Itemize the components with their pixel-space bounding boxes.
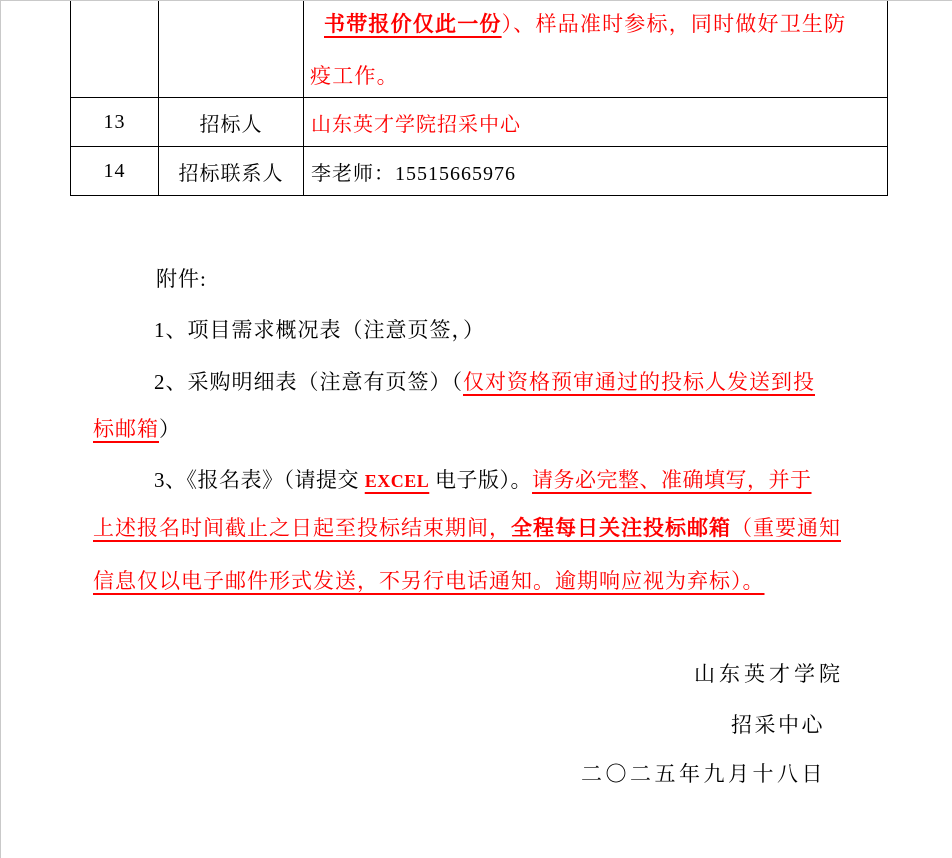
attachment-item-1: 1、项目需求概况表（注意页签，） xyxy=(154,314,485,344)
row14-label: 招标联系人 xyxy=(159,147,304,195)
signature-date-text: 二〇二五年九月十八日 xyxy=(581,762,826,786)
item2-wrap-black-text: ） xyxy=(159,417,181,441)
continuation-line-1: 书带报价仅此一份）、样品准时参标，同时做好卫生防 xyxy=(324,8,846,38)
attachment-item-3-line2: 上述报名时间截止之日起至投标结束期间，全程每日关注投标邮箱（重要通知 xyxy=(93,512,841,542)
row14-value: 李老师：15515665976 xyxy=(304,147,887,195)
item3-line2-bold-text: 全程每日关注投标邮箱 xyxy=(511,516,731,540)
signature-date: 二〇二五年九月十八日 xyxy=(581,758,826,788)
attachment-item-3: 3、《报名表》（请提交 EXCEL 电子版）。请务必完整、准确填写，并于 xyxy=(154,464,812,494)
row14-label-text: 招标联系人 xyxy=(179,157,284,186)
info-table: 书带报价仅此一份）、样品准时参标，同时做好卫生防 疫工作。 13 招标人 山东英… xyxy=(70,0,888,196)
attachment-item-2-wrap: 标邮箱） xyxy=(93,413,181,443)
table-cell-num-empty xyxy=(71,0,159,97)
signature-org1-text: 山东英才学院 xyxy=(694,662,844,686)
attachment-item-3-line3: 信息仅以电子邮件形式发送，不另行电话通知。逾期响应视为弃标）。 xyxy=(93,565,765,595)
item1-text: 1、项目需求概况表（注意页签，） xyxy=(154,318,485,342)
row14-value-text: 李老师：15515665976 xyxy=(311,157,516,186)
row13-label-text: 招标人 xyxy=(200,108,263,137)
item3-red1-text: 请务必完整、准确填写，并于 xyxy=(532,468,812,492)
item3-line2-red2-text: （重要通知 xyxy=(731,516,841,540)
table-row-13: 13 招标人 山东英才学院招采中心 xyxy=(71,98,887,147)
row13-number-text: 13 xyxy=(104,111,126,134)
continuation-line-2: 疫工作。 xyxy=(310,60,399,90)
continuation-line2-text: 疫工作。 xyxy=(310,64,399,88)
signature-org2-text: 招采中心 xyxy=(731,713,825,737)
document-page: 书带报价仅此一份）、样品准时参标，同时做好卫生防 疫工作。 13 招标人 山东英… xyxy=(0,0,952,858)
signature-org-line2: 招采中心 xyxy=(731,709,825,739)
continuation-rest-text: ）、样品准时参标，同时做好卫生防 xyxy=(502,12,847,36)
item3-line3-red-text: 信息仅以电子邮件形式发送，不另行电话通知。逾期响应视为弃标）。 xyxy=(93,569,765,593)
item2-black-text: 2、采购明细表（注意有页签）（ xyxy=(154,370,463,394)
row13-value: 山东英才学院招采中心 xyxy=(304,98,887,146)
item2-wrap-red-text: 标邮箱 xyxy=(93,417,159,441)
table-row-continuation: 书带报价仅此一份）、样品准时参标，同时做好卫生防 疫工作。 xyxy=(71,0,887,98)
item3-black2-text: 电子版）。 xyxy=(429,468,532,492)
table-cell-label-empty xyxy=(159,0,304,97)
item2-red-text: 仅对资格预审通过的投标人发送到投 xyxy=(463,370,815,394)
row14-number-text: 14 xyxy=(104,160,126,183)
row13-value-text: 山东英才学院招采中心 xyxy=(311,108,521,137)
item3-excel-text: EXCEL xyxy=(365,471,430,491)
table-cell-continuation-text: 书带报价仅此一份）、样品准时参标，同时做好卫生防 疫工作。 xyxy=(304,0,887,97)
item3-line2-red-text: 上述报名时间截止之日起至投标结束期间， xyxy=(93,516,511,540)
attachment-item-2: 2、采购明细表（注意有页签）（仅对资格预审通过的投标人发送到投 xyxy=(154,366,815,396)
table-row-14: 14 招标联系人 李老师：15515665976 xyxy=(71,147,887,196)
item3-black1-text: 3、《报名表》（请提交 xyxy=(154,468,365,492)
row13-label: 招标人 xyxy=(159,98,304,146)
attachments-heading: 附件: xyxy=(156,263,207,293)
row14-number: 14 xyxy=(71,147,159,195)
continuation-bold-text: 书带报价仅此一份 xyxy=(324,12,502,36)
row13-number: 13 xyxy=(71,98,159,146)
attachments-heading-text: 附件: xyxy=(156,267,207,291)
signature-org-line1: 山东英才学院 xyxy=(694,658,844,688)
